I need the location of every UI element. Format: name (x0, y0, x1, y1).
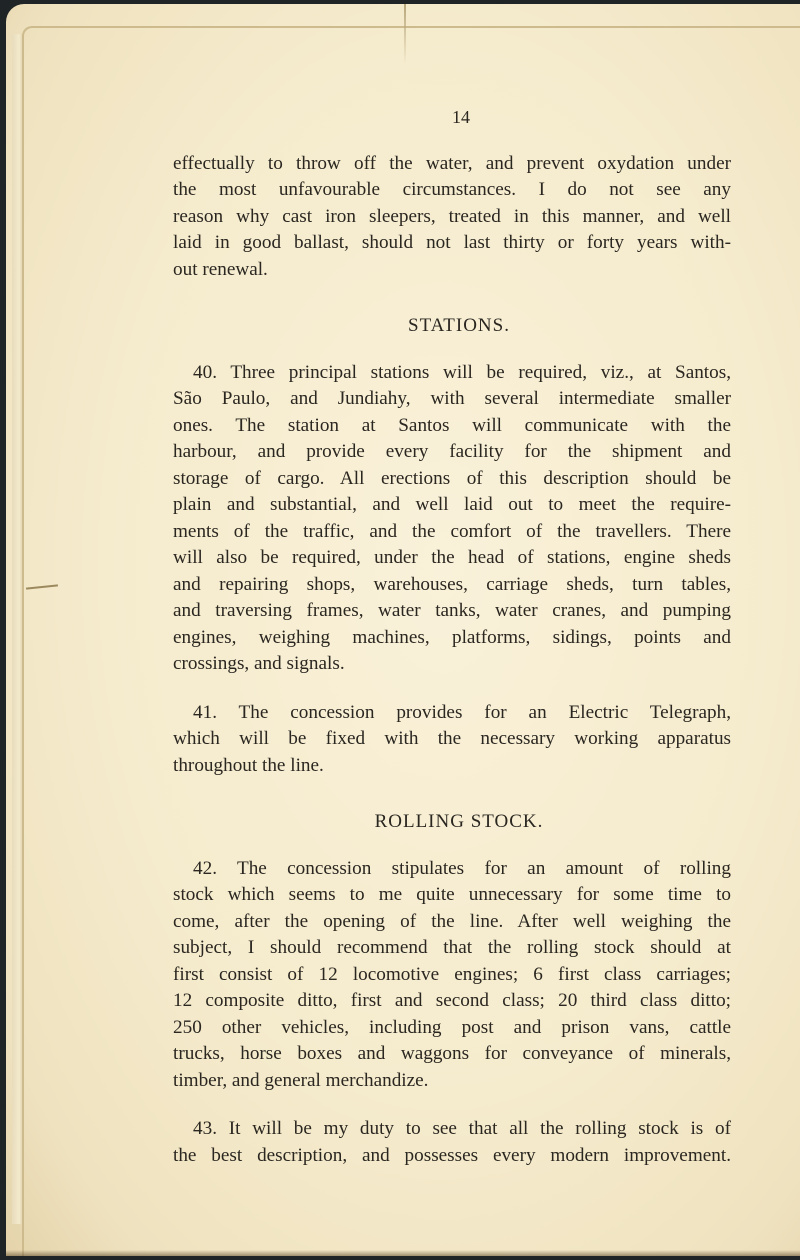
page-bottom-edge (6, 1250, 800, 1256)
binding-strip (12, 34, 24, 1224)
text-line: timber, and general merchandize. (173, 1068, 731, 1095)
paragraph-gap (173, 678, 731, 700)
text-line: 43. It will be my duty to see that all t… (173, 1116, 731, 1143)
text-line: engines, weighing machines, platforms, s… (173, 625, 731, 652)
text-line: 41. The concession provides for an Elect… (173, 700, 731, 727)
section-heading-rolling-stock: ROLLING STOCK. (173, 809, 731, 836)
text-line: out renewal. (173, 257, 731, 284)
text-line: throughout the line. (173, 753, 731, 780)
text-line: harbour, and provide every facility for … (173, 439, 731, 466)
text-line: stock which seems to me quite unnecessar… (173, 882, 731, 909)
text-line: laid in good ballast, should not last th… (173, 230, 731, 257)
paragraph-41: 41. The concession provides for an Elect… (173, 700, 731, 780)
text-line: 250 other vehicles, including post and p… (173, 1015, 731, 1042)
text-line: São Paulo, and Jundiahy, with several in… (173, 386, 731, 413)
page-content: 14 effectually to throw off the water, a… (173, 104, 731, 1169)
text-line: effectually to throw off the water, and … (173, 151, 731, 178)
paragraph-40: 40. Three principal stations will be req… (173, 360, 731, 678)
text-line: crossings, and signals. (173, 651, 731, 678)
scanned-page: 14 effectually to throw off the water, a… (6, 4, 800, 1256)
text-line: and repairing shops, warehouses, carriag… (173, 572, 731, 599)
text-line: 40. Three principal stations will be req… (173, 360, 731, 387)
text-line: 42. The concession stipulates for an amo… (173, 856, 731, 883)
text-line: 12 composite ditto, first and second cla… (173, 988, 731, 1015)
text-line: plain and substantial, and well laid out… (173, 492, 731, 519)
text-line: subject, I should recommend that the rol… (173, 935, 731, 962)
continuation-paragraph: effectually to throw off the water, and … (173, 151, 731, 284)
page-number: 14 (173, 104, 731, 131)
text-line: come, after the opening of the line. Aft… (173, 909, 731, 936)
text-line: trucks, horse boxes and waggons for conv… (173, 1041, 731, 1068)
paper-tear (26, 584, 58, 589)
paragraph-43: 43. It will be my duty to see that all t… (173, 1116, 731, 1169)
text-line: will also be required, under the head of… (173, 545, 731, 572)
text-line: the most unfavourable circumstances. I d… (173, 177, 731, 204)
text-line: the best description, and possesses ever… (173, 1143, 731, 1170)
text-line: and traversing frames, water tanks, wate… (173, 598, 731, 625)
paragraph-42: 42. The concession stipulates for an amo… (173, 856, 731, 1095)
text-line: storage of cargo. All erections of this … (173, 466, 731, 493)
text-line: ones. The station at Santos will communi… (173, 413, 731, 440)
text-line: reason why cast iron sleepers, treated i… (173, 204, 731, 231)
paragraph-gap (173, 1094, 731, 1116)
text-line: first consist of 12 locomotive engines; … (173, 962, 731, 989)
section-heading-stations: STATIONS. (173, 313, 731, 340)
text-line: which will be fixed with the necessary w… (173, 726, 731, 753)
text-line: ments of the traffic, and the comfort of… (173, 519, 731, 546)
fold-crease (404, 4, 406, 64)
